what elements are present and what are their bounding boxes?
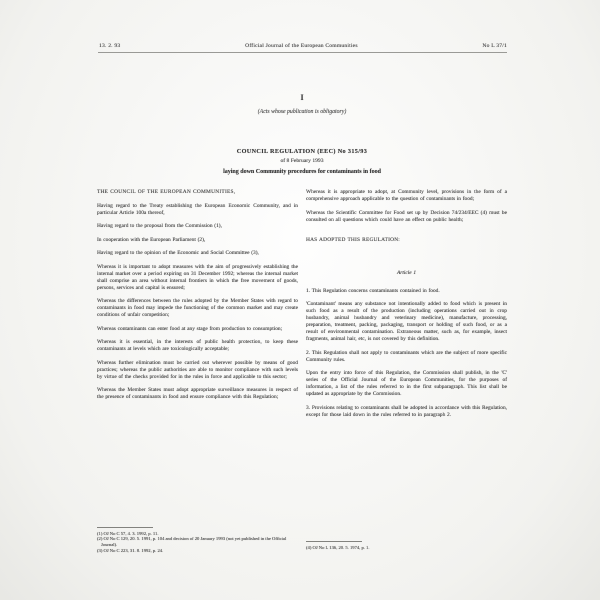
citation-paragraph: Having regard to the Treaty establishing… bbox=[97, 203, 298, 217]
left-column: THE COUNCIL OF THE EUROPEAN COMMUNITIES,… bbox=[97, 189, 298, 408]
recital-paragraph: Whereas contaminants can enter food at a… bbox=[97, 326, 298, 333]
running-header: 13. 2. 93 Official Journal of the Europe… bbox=[99, 43, 507, 49]
footnote-rule bbox=[97, 527, 153, 528]
section-subtitle: (Acts whose publication is obligatory) bbox=[98, 109, 506, 115]
footnote: (2) OJ No C 129, 20. 5. 1991, p. 104 and… bbox=[97, 536, 298, 547]
article-paragraph: 'Contaminant' means any substance not in… bbox=[306, 301, 507, 343]
article-heading: Article 1 bbox=[306, 270, 507, 277]
header-rule bbox=[98, 52, 507, 53]
journal-page: 13. 2. 93 Official Journal of the Europe… bbox=[0, 0, 600, 600]
article-paragraph: 3. Provisions relating to contaminants s… bbox=[306, 405, 507, 419]
header-date: 13. 2. 93 bbox=[99, 43, 120, 49]
recital-paragraph: Whereas it is appropriate to adopt, at C… bbox=[306, 189, 507, 203]
footnote: (4) OJ No L 136, 20. 5. 1974, p. 1. bbox=[306, 545, 507, 551]
right-footnotes: (4) OJ No L 136, 20. 5. 1974, p. 1. bbox=[306, 541, 507, 550]
regulation-date: of 8 February 1993 bbox=[98, 158, 506, 164]
recital-paragraph: Whereas the Member States must adopt app… bbox=[97, 387, 298, 401]
recital-paragraph: Whereas further elimination must be carr… bbox=[97, 360, 298, 381]
header-issue-number: No L 37/1 bbox=[482, 43, 507, 49]
regulation-title: COUNCIL REGULATION (EEC) No 315/93 bbox=[98, 148, 506, 155]
preamble-intro: THE COUNCIL OF THE EUROPEAN COMMUNITIES, bbox=[97, 189, 298, 196]
citation-paragraph: Having regard to the opinion of the Econ… bbox=[97, 250, 298, 257]
left-footnotes: (1) OJ No C 57, 4. 3. 1992, p. 11. (2) O… bbox=[97, 527, 298, 553]
right-column: Whereas it is appropriate to adopt, at C… bbox=[306, 189, 507, 425]
citation-paragraph: Having regard to the proposal from the C… bbox=[97, 223, 298, 230]
section-numeral: I bbox=[98, 93, 506, 102]
article-paragraph: Upon the entry into force of this Regula… bbox=[306, 370, 507, 398]
citation-paragraph: In cooperation with the European Parliam… bbox=[97, 237, 298, 244]
article-paragraph: 1. This Regulation concerns contaminants… bbox=[306, 288, 507, 295]
enacting-formula: HAS ADOPTED THIS REGULATION: bbox=[306, 237, 507, 244]
recital-paragraph: Whereas it is essential, in the interest… bbox=[97, 339, 298, 353]
recital-paragraph: Whereas the Scientific Committee for Foo… bbox=[306, 210, 507, 224]
header-journal-title: Official Journal of the European Communi… bbox=[245, 43, 358, 49]
recital-paragraph: Whereas it is important to adopt measure… bbox=[97, 264, 298, 292]
regulation-subject: laying down Community procedures for con… bbox=[98, 169, 506, 175]
recital-paragraph: Whereas the differences between the rule… bbox=[97, 298, 298, 319]
footnote-rule bbox=[306, 541, 362, 542]
footnote: (3) OJ No C 223, 31. 8. 1992, p. 24. bbox=[97, 548, 298, 554]
article-paragraph: 2. This Regulation shall not apply to co… bbox=[306, 350, 507, 364]
